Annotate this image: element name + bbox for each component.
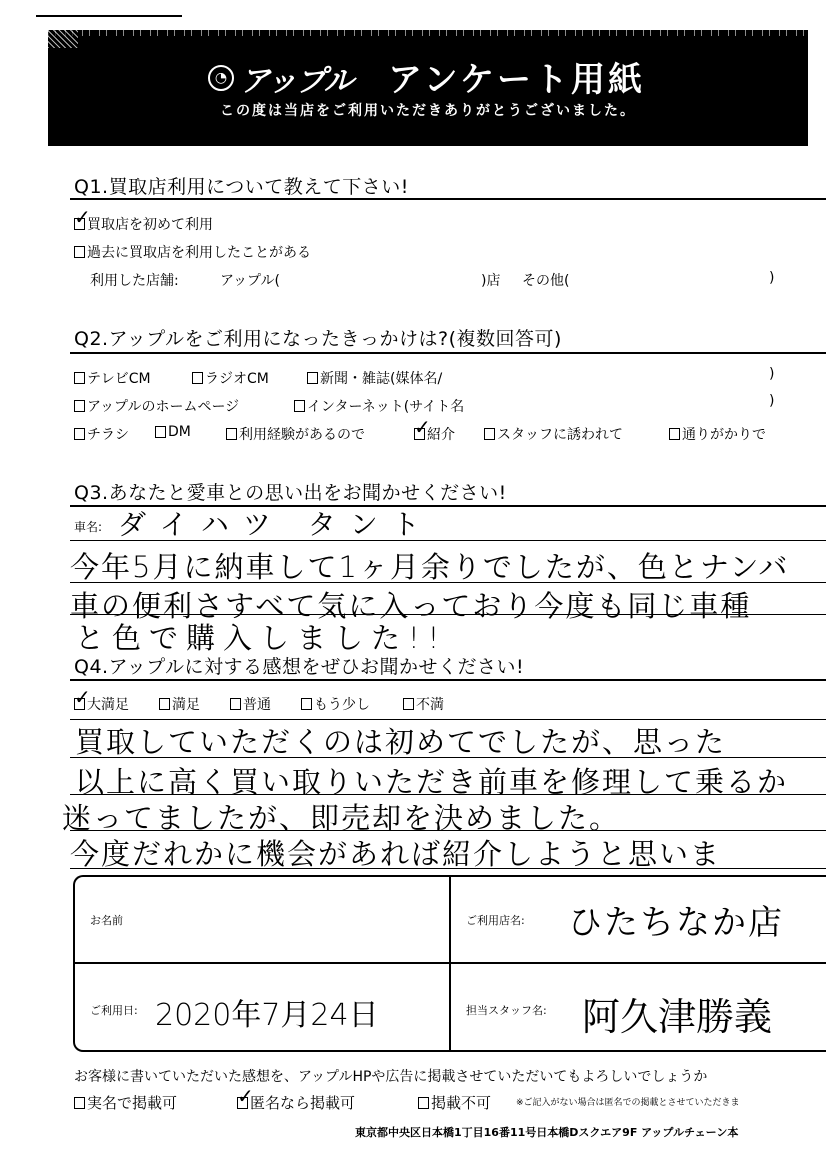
option-label: 匿名なら掲載可 xyxy=(250,1092,355,1113)
q2-option-homepage[interactable]: アップルのホームページ xyxy=(74,396,239,416)
store-name-value[interactable]: ひたちなか店 xyxy=(568,895,784,944)
visit-date-label: ご利用日: xyxy=(90,1002,138,1018)
option-label: DM xyxy=(168,424,191,440)
newspaper-close: ) xyxy=(769,366,774,382)
checkbox[interactable] xyxy=(74,1097,85,1109)
option-label: インターネット(サイト名 xyxy=(307,396,464,416)
q2-rule xyxy=(70,352,826,354)
checkbox[interactable] xyxy=(307,372,318,384)
company-address: 東京都中央区日本橋1丁目16番11号日本橋Dスクエア9F アップルチェーン本 xyxy=(355,1124,738,1140)
top-rule xyxy=(36,15,182,17)
option-label: 満足 xyxy=(172,694,200,714)
q4-line xyxy=(70,868,826,869)
form-title: アンケート用紙 xyxy=(388,52,645,101)
checkbox[interactable] xyxy=(226,428,237,440)
q4-comment-line-1[interactable]: 買取していただくのは初めてでしたが、思った xyxy=(75,720,726,761)
q4-line xyxy=(70,794,826,795)
brand-name: アップル xyxy=(240,56,353,100)
car-name-value[interactable]: ダイハツ タント xyxy=(118,503,434,543)
q3-line xyxy=(70,540,826,541)
consent-anonymous[interactable]: 匿名なら掲載可 xyxy=(237,1092,355,1113)
q1-option-used-before[interactable]: 過去に買取店を利用したことがある xyxy=(74,242,311,262)
q4-comment-line-4[interactable]: 今度だれかに機会があれば紹介しようと思いま xyxy=(70,832,721,873)
other-store-field[interactable] xyxy=(585,272,755,290)
option-label: 掲載不可 xyxy=(431,1092,491,1113)
q1-title: Q1.買取店利用について教えて下さい! xyxy=(74,172,409,199)
option-label: 不満 xyxy=(416,694,444,714)
q3-memory-line-3[interactable]: と色で購入しました!! xyxy=(75,616,447,657)
internet-close: ) xyxy=(769,393,774,409)
scan-noise-corner xyxy=(48,30,78,48)
checkbox[interactable] xyxy=(301,698,312,710)
q2-option-passing-by[interactable]: 通りがかりで xyxy=(669,424,766,444)
checkbox[interactable] xyxy=(403,698,414,710)
name-field[interactable] xyxy=(150,900,430,940)
checkbox[interactable] xyxy=(74,246,85,258)
q2-option-newspaper[interactable]: 新聞・雑誌(媒体名/ xyxy=(307,368,442,388)
consent-note: ※ご記入がない場合は匿名での掲載とさせていただきま xyxy=(516,1095,740,1108)
option-label: 買取店を初めて利用 xyxy=(87,214,213,234)
q4-rule xyxy=(70,679,826,681)
visit-date-value[interactable]: 2020年7月24日 xyxy=(155,990,379,1034)
option-label: 過去に買取店を利用したことがある xyxy=(87,242,311,262)
other-store-close: ) xyxy=(769,270,774,286)
q4-line xyxy=(70,830,826,831)
option-label: 利用経験があるので xyxy=(239,424,365,444)
checkbox-checked[interactable] xyxy=(414,428,425,440)
checkbox-checked[interactable] xyxy=(74,218,85,230)
option-label: もう少し xyxy=(314,694,370,714)
info-divider-horizontal xyxy=(73,962,826,964)
apple-store-open: アップル( xyxy=(220,270,280,290)
staff-name-label: 担当スタッフ名: xyxy=(466,1002,547,1018)
option-label: テレビCM xyxy=(87,368,151,388)
checkbox[interactable] xyxy=(74,372,85,384)
q2-option-referral[interactable]: 紹介 xyxy=(414,424,455,444)
q2-option-internet[interactable]: インターネット(サイト名 xyxy=(294,396,464,416)
q4-rating-could-improve[interactable]: もう少し xyxy=(301,694,370,714)
info-divider-vertical xyxy=(449,876,451,1052)
q2-title: Q2.アップルをご利用になったきっかけは?(複数回答可) xyxy=(74,324,562,351)
store-name-label: ご利用店名: xyxy=(466,912,525,928)
consent-question: お客様に書いていただいた感想を、アップルHPや広告に掲載させていただいてもよろし… xyxy=(74,1066,707,1086)
q1-rule xyxy=(70,198,826,200)
q1-option-first-time[interactable]: 買取店を初めて利用 xyxy=(74,214,213,234)
checkbox[interactable] xyxy=(418,1097,429,1109)
q2-option-staff-invite[interactable]: スタッフに誘われて xyxy=(484,424,623,444)
checkbox[interactable] xyxy=(74,428,85,440)
consent-not-allowed[interactable]: 掲載不可 xyxy=(418,1092,491,1113)
q2-option-dm[interactable]: DM xyxy=(155,424,191,440)
checkbox-checked[interactable] xyxy=(74,698,85,710)
checkbox[interactable] xyxy=(484,428,495,440)
option-label: チラシ xyxy=(87,424,129,444)
checkbox[interactable] xyxy=(159,698,170,710)
q3-memory-line-1[interactable]: 今年5月に納車して1ヶ月余りでしたが、色とナンバ xyxy=(70,545,789,586)
option-label: アップルのホームページ xyxy=(87,396,239,416)
apple-store-close: )店 xyxy=(481,270,500,290)
q2-option-radio[interactable]: ラジオCM xyxy=(192,368,269,388)
option-label: 紹介 xyxy=(427,424,455,444)
option-label: 新聞・雑誌(媒体名/ xyxy=(320,368,442,388)
option-label: 普通 xyxy=(243,694,271,714)
staff-name-value[interactable]: 阿久津勝義 xyxy=(582,986,772,1041)
q2-option-tv[interactable]: テレビCM xyxy=(74,368,151,388)
q4-rating-dissatisfied[interactable]: 不満 xyxy=(403,694,444,714)
checkbox[interactable] xyxy=(192,372,203,384)
q2-option-flyer[interactable]: チラシ xyxy=(74,424,129,444)
q4-title: Q4.アップルに対する感想をぜひお聞かせください! xyxy=(74,652,524,679)
checkbox[interactable] xyxy=(230,698,241,710)
option-label: スタッフに誘われて xyxy=(497,424,623,444)
store-used-label: 利用した店舗: xyxy=(90,270,179,290)
checkbox[interactable] xyxy=(669,428,680,440)
name-label: お名前 xyxy=(90,912,123,928)
q4-rating-satisfied[interactable]: 満足 xyxy=(159,694,200,714)
q3-line xyxy=(70,582,826,583)
checkbox[interactable] xyxy=(74,400,85,412)
header-banner: ◔ アップル アンケート用紙 この度は当店をご利用いただきありがとうございました… xyxy=(48,30,808,146)
checkbox[interactable] xyxy=(155,426,166,438)
form-subtitle: この度は当店をご利用いただきありがとうございました。 xyxy=(48,100,808,120)
option-label: 通りがかりで xyxy=(682,424,766,444)
q3-title: Q3.あなたと愛車との思い出をお聞かせください! xyxy=(74,478,507,505)
q2-option-prior-use[interactable]: 利用経験があるので xyxy=(226,424,365,444)
brand-logo: ◔ アップル xyxy=(208,56,353,100)
car-name-label: 車名: xyxy=(74,518,102,535)
q4-line xyxy=(70,757,826,758)
checkbox[interactable] xyxy=(294,400,305,412)
q4-rating-very-satisfied[interactable]: 大満足 xyxy=(74,694,129,714)
q4-rating-average[interactable]: 普通 xyxy=(230,694,271,714)
other-store-open: その他( xyxy=(522,270,569,290)
option-label: 実名で掲載可 xyxy=(87,1092,177,1113)
checkbox-checked[interactable] xyxy=(237,1097,248,1109)
apple-store-field[interactable] xyxy=(292,272,472,290)
consent-real-name[interactable]: 実名で掲載可 xyxy=(74,1092,177,1113)
scan-noise xyxy=(48,30,808,36)
q3-line xyxy=(70,614,826,615)
option-label: 大満足 xyxy=(87,694,129,714)
apple-logo-icon: ◔ xyxy=(208,65,234,91)
option-label: ラジオCM xyxy=(205,368,269,388)
